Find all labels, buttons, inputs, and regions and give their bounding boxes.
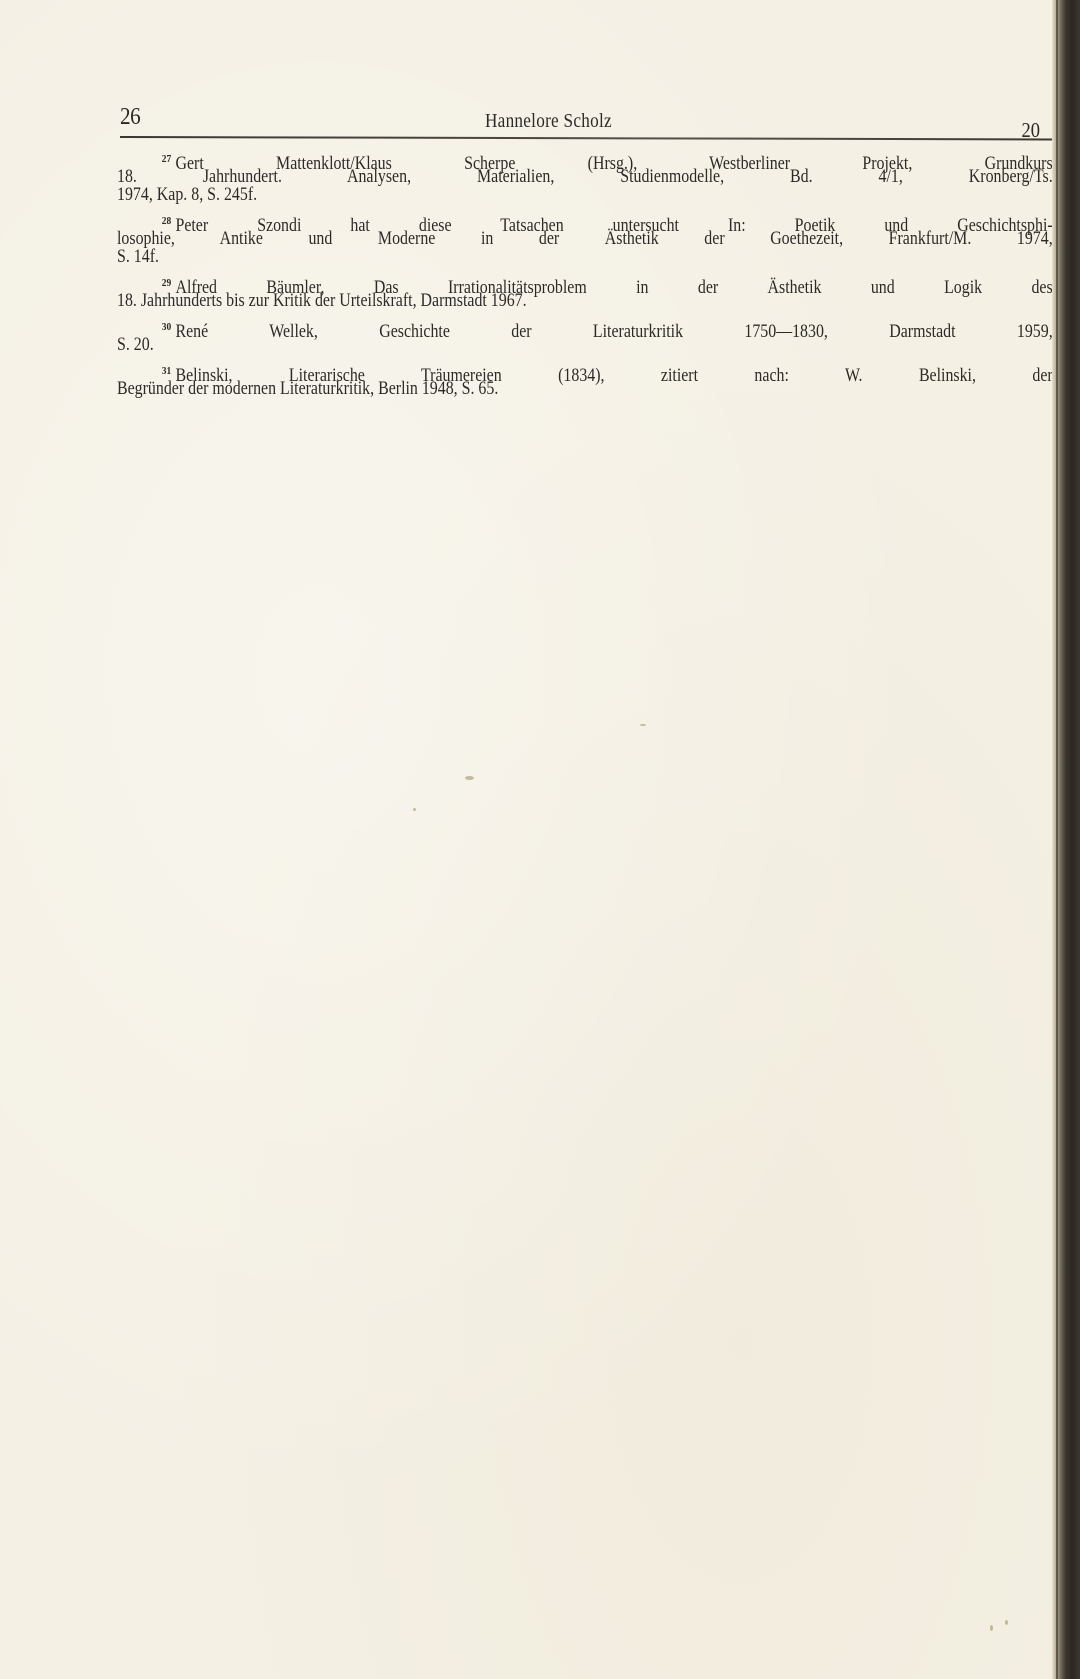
footnote-28: 28Peter Szondi hat diese Tatsachen unter…: [117, 212, 1052, 266]
paper-speck: [640, 724, 646, 726]
footnote-number: 27: [162, 153, 171, 165]
running-head-author: Hannelore Scholz: [485, 110, 612, 133]
footnote-line: S. 14f.: [117, 248, 1053, 266]
footnote-line: Begründer der modernen Literaturkritik, …: [117, 380, 1053, 398]
footnote-line: 31Belinski, Literarische Träumereien (18…: [117, 362, 1053, 380]
footnote-line: 29Alfred Bäumler, Das Irrationalitätspro…: [117, 274, 1053, 292]
footnote-line: 18. Jahrhunderts bis zur Kritik der Urte…: [117, 292, 1053, 310]
footnote-line: 27Gert Mattenklott/Klaus Scherpe (Hrsg.)…: [117, 150, 1053, 168]
footnote-number: 30: [162, 321, 171, 333]
footnote-line: 18. Jahrhundert. Analysen, Materialien, …: [117, 168, 1053, 186]
footnote-number: 31: [162, 365, 171, 377]
footnote-line: 1974, Kap. 8, S. 245f.: [117, 186, 1053, 204]
footnote-30: 30René Wellek, Geschichte der Literaturk…: [117, 318, 1052, 354]
paper-speck: [990, 1625, 993, 1631]
paper-speck: [465, 776, 474, 780]
footnote-line: S. 20.: [117, 336, 1053, 354]
footnote-line: 30René Wellek, Geschichte der Literaturk…: [117, 318, 1053, 336]
running-head: 26 Hannelore Scholz 20: [120, 104, 1040, 138]
book-page: 26 Hannelore Scholz 20 27Gert Mattenklot…: [0, 0, 1058, 1679]
footnote-27: 27Gert Mattenklott/Klaus Scherpe (Hrsg.)…: [117, 150, 1052, 204]
paper-speck: [413, 808, 416, 811]
footnote-31: 31Belinski, Literarische Träumereien (18…: [117, 362, 1052, 398]
footnotes: 27Gert Mattenklott/Klaus Scherpe (Hrsg.)…: [117, 150, 1052, 406]
page-number-left: 26: [120, 104, 140, 131]
page-edge: [1056, 0, 1058, 1679]
footnote-29: 29Alfred Bäumler, Das Irrationalitätspro…: [117, 274, 1052, 310]
footnote-line: 28Peter Szondi hat diese Tatsachen unter…: [117, 212, 1053, 230]
paper-speck: [1005, 1620, 1008, 1625]
footnote-number: 29: [162, 277, 171, 289]
footnote-line: losophie, Antike und Moderne in der Ästh…: [117, 230, 1053, 248]
footnote-number: 28: [162, 215, 171, 227]
